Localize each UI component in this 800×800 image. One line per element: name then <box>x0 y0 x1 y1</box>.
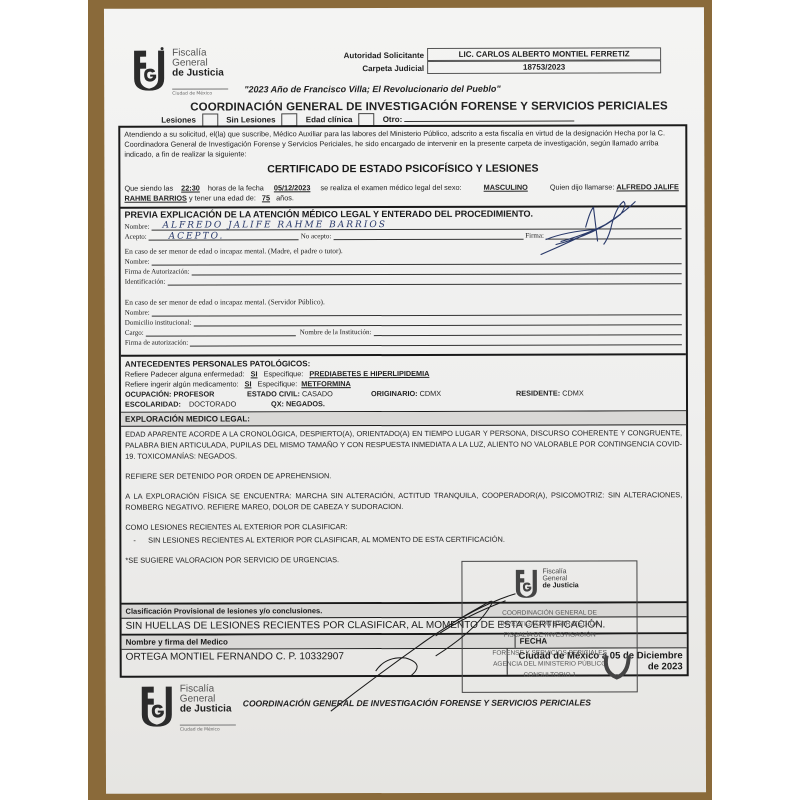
residente-value: CDMX <box>562 389 584 398</box>
antecedentes-section: ANTECEDENTES PERSONALES PATOLÓGICOS: Ref… <box>121 355 686 412</box>
exploracion-title: EXPLORACIÓN MEDICO LEGAL: <box>121 411 686 426</box>
footer-coordination: COORDINACIÓN GENERAL DE INVESTIGACIÓN FO… <box>243 698 591 709</box>
patient-age: 75 <box>258 193 274 202</box>
intro-section: Atendiendo a su solicitud, el(la) que su… <box>120 126 685 208</box>
enfermedad-si: SI <box>247 369 262 378</box>
checkbox-label-otro: Otro: <box>383 115 403 124</box>
no-acepto-field[interactable] <box>333 232 523 240</box>
carpeta-label: Carpeta Judicial <box>274 64 424 73</box>
consent-section: PREVIA EXPLICACIÓN DE LA ATENCIÓN MÉDICO… <box>120 207 685 356</box>
tutor-nombre-field[interactable] <box>152 256 682 265</box>
logo-subtitle: Ciudad de México <box>172 88 228 96</box>
exploracion-paragraph-4: COMO LESIONES RECIENTES AL EXTERIOR POR … <box>121 512 686 533</box>
exploracion-paragraph-2: REFIERE SER DETENIDO POR ORDEN DE APREHE… <box>121 461 686 482</box>
footer-logo: Fiscalía General de Justicia Ciudad de M… <box>140 680 250 740</box>
carpeta-value: 18753/2023 <box>427 60 661 74</box>
exploracion-paragraph-3: A LA EXPLORACIÓN FÍSICA SE ENCUENTRA: MA… <box>121 481 686 513</box>
exploracion-paragraph-1: EDAD APARENTE ACORDE A LA CRONOLÓGICA, D… <box>121 425 686 462</box>
patient-signature <box>535 199 645 259</box>
exam-sex: MASCULINO <box>464 183 548 192</box>
servidor-nombre-row: Nombre: <box>121 305 686 316</box>
checkbox-label-edad-clinica: Edad clínica <box>306 115 353 124</box>
firma-autorizacion-field[interactable] <box>190 337 682 346</box>
intro-text: Atendiendo a su solicitud, el(la) que su… <box>120 126 685 161</box>
exam-date: 05/12/2023 <box>266 183 319 192</box>
servidor-note: En caso de ser menor de edad o incapaz m… <box>121 284 686 306</box>
qx-value: NEGADOS. <box>286 399 325 408</box>
motto: "2023 Año de Francisco Villa; El Revoluc… <box>244 84 500 95</box>
otro-field[interactable] <box>404 113 574 122</box>
servidor-nombre-field[interactable] <box>152 307 682 316</box>
handwritten-name: ALFREDO JALIFE RAHME BARRIOS <box>163 220 387 231</box>
checkbox-label-lesiones: Lesiones <box>161 116 196 125</box>
enfermedad-value: PREDIABETES E HIPERLIPIDEMIA <box>305 369 429 378</box>
ocupacion-value: PROFESOR <box>173 389 214 398</box>
tutor-id-field[interactable] <box>168 276 682 285</box>
tutor-nombre-row: Nombre: <box>121 254 686 265</box>
fgj-shield-icon <box>140 685 174 727</box>
originario-value: CDMX <box>420 389 442 398</box>
fgj-logo: Fiscalía General de Justicia Ciudad de M… <box>132 44 242 104</box>
medicamento-value: METFORMINA <box>299 379 350 388</box>
autoridad-label: Autoridad Solicitante <box>274 51 424 60</box>
servidor-cargo-row: Cargo: Nombre de la Institución: <box>121 325 686 336</box>
servidor-firma-row: Firma de autorización: <box>121 335 686 346</box>
fgj-shield-icon <box>132 49 166 91</box>
escolaridad-value: DOCTORADO <box>183 399 236 408</box>
exam-time: 22:30 <box>175 184 206 193</box>
servidor-domicilio-row: Domicilio institucional: <box>121 315 686 326</box>
checkbox-label-sin-lesiones: Sin Lesiones <box>226 115 275 124</box>
servidor-domicilio-field[interactable] <box>193 317 681 326</box>
coordination-title: COORDINACIÓN GENERAL DE INVESTIGACIÓN FO… <box>190 100 668 113</box>
certificate-page: Fiscalía General de Justicia Ciudad de M… <box>104 7 706 794</box>
institucion-field[interactable] <box>373 327 681 336</box>
medicamento-si: SI <box>241 379 256 388</box>
cargo-field[interactable] <box>146 328 296 336</box>
certificate-title: CERTIFICADO DE ESTADO PSICOFÍSICO Y LESI… <box>120 160 685 181</box>
doctor-signature <box>315 586 535 717</box>
handwritten-acepto: ACEPTO. <box>169 231 225 241</box>
stamp-seal-arc-icon <box>603 649 633 683</box>
autoridad-value: LIC. CARLOS ALBERTO MONTIEL FERRETIZ <box>427 47 661 61</box>
logo-text: Fiscalía General de Justicia <box>172 48 224 78</box>
tutor-firma-row: Firma de Autorización: <box>121 264 686 275</box>
document-photo: Fiscalía General de Justicia Ciudad de M… <box>88 0 712 800</box>
tutor-firma-field[interactable] <box>192 266 682 275</box>
escolaridad-row: ESCOLARIDAD: DOCTORADO QX: NEGADOS. <box>121 398 686 411</box>
estado-civil-value: CASADO <box>302 389 333 398</box>
tutor-id-row: Identificación: <box>121 274 686 285</box>
